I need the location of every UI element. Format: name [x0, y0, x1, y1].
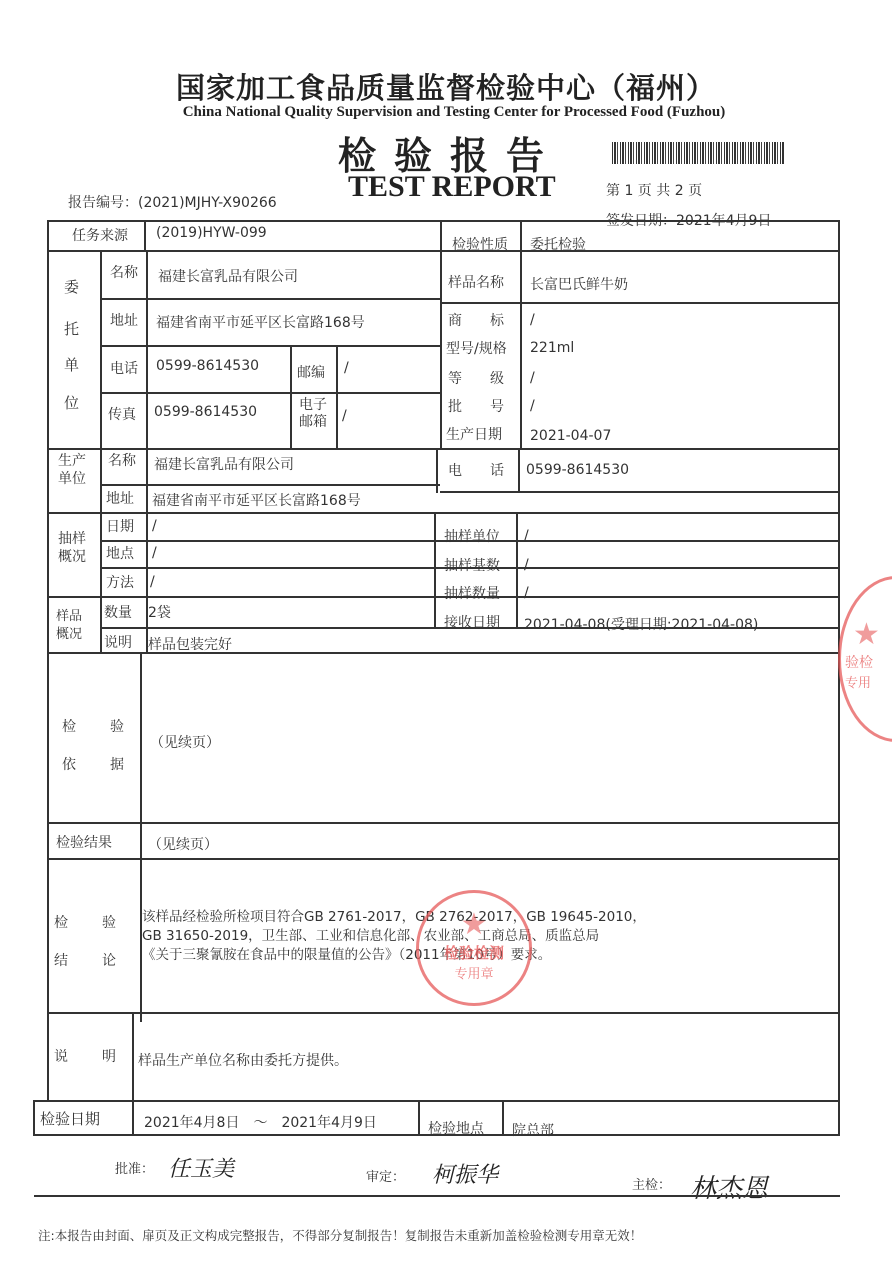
- client-group-label-4: 位: [64, 392, 79, 413]
- receive-date: 2021-04-08(受理日期:2021-04-08): [524, 614, 758, 634]
- sampling-qty: /: [524, 585, 529, 601]
- result-value: （见续页）: [148, 834, 218, 854]
- sampling-unit: /: [524, 528, 529, 544]
- client-zip: /: [344, 360, 349, 376]
- report-number: 报告编号：(2021)MJHY-X90266: [68, 192, 277, 212]
- sample-name: 长富巴氏鲜牛奶: [530, 274, 628, 294]
- report-no-label: 报告编号：: [68, 195, 138, 211]
- conclusion-line: 《关于三聚氰胺在食品中的限量值的公告》（2011年第10号）要求。: [142, 946, 646, 965]
- stamp-line-2: 专用章: [419, 963, 529, 982]
- brand: /: [530, 312, 535, 328]
- client-name-label: 名称: [110, 262, 138, 282]
- footer-divider: [34, 1195, 840, 1197]
- org-title-cn: 国家加工食品质量监督检验中心（福州）: [0, 66, 892, 107]
- client-group-label-2: 托: [64, 318, 79, 339]
- sampling-method: /: [150, 574, 155, 590]
- sample-desc-label: 说明: [104, 632, 132, 652]
- sampling-unit-label: 抽样单位: [444, 526, 500, 546]
- remarks-value: 样品生产单位名称由委托方提供。: [138, 1050, 348, 1070]
- test-nature-value: 委托检验: [530, 234, 586, 254]
- footer-note: 注:本报告由封面、扉页及正文构成完整报告，不得部分复制报告！复制报告未重新加盖检…: [38, 1226, 642, 1244]
- batch-label: 批 号: [448, 396, 504, 416]
- sampling-place-label: 地点: [106, 543, 134, 563]
- spec-label: 型号/规格: [446, 338, 507, 358]
- spec: 221ml: [530, 340, 574, 356]
- sample-name-label: 样品名称: [448, 272, 504, 292]
- page-info: 第 1 页 共 2 页: [606, 180, 702, 200]
- producer-name-label: 名称: [108, 450, 136, 470]
- sampling-place: /: [152, 545, 157, 561]
- client-phone-label: 电话: [110, 358, 138, 378]
- approve-label: 批准：: [115, 1158, 154, 1177]
- conclusion-line: GB 31650-2019，卫生部、工业和信息化部、农业部、工商总局、质监总局: [142, 927, 646, 946]
- sampling-date: /: [152, 518, 157, 534]
- review-label: 审定：: [366, 1166, 405, 1185]
- client-group-label-1: 委: [64, 276, 79, 297]
- task-source-label: 任务来源: [72, 225, 128, 245]
- client-zip-label: 邮编: [297, 362, 325, 382]
- chief-signature: 林杰恩: [690, 1168, 768, 1205]
- chief-label: 主检：: [632, 1174, 671, 1193]
- org-title-en: China National Quality Supervision and T…: [8, 104, 892, 121]
- grade-label: 等 级: [448, 368, 504, 388]
- sample-qty: 2袋: [148, 602, 171, 622]
- stamp-line-1: 检验检测: [419, 942, 529, 963]
- conclusion-text: 该样品经检验所检项目符合GB 2761-2017，GB 2762-2017，GB…: [142, 908, 646, 965]
- grade: /: [530, 370, 535, 386]
- sampling-group-label: 抽样概况: [58, 530, 96, 566]
- production-date: 2021-04-07: [530, 428, 611, 444]
- client-group-label-3: 单: [64, 354, 79, 375]
- client-name: 福建长富乳品有限公司: [158, 266, 298, 286]
- report-title-en: TEST REPORT: [348, 170, 556, 204]
- task-source-value: (2019)HYW-099: [156, 225, 267, 241]
- approve-signature: 任玉美: [168, 1152, 234, 1183]
- client-fax-label: 传真: [108, 404, 136, 424]
- brand-label: 商 标: [448, 310, 504, 330]
- edge-stamp-icon: ★ 验检 专用: [838, 576, 892, 742]
- test-place: 院总部: [512, 1120, 554, 1140]
- producer-name: 福建长富乳品有限公司: [154, 454, 294, 474]
- client-address: 福建省南平市延平区长富路168号: [156, 312, 365, 332]
- client-phone: 0599-8614530: [156, 358, 259, 374]
- sampling-base: /: [524, 557, 529, 573]
- client-fax: 0599-8614530: [154, 404, 257, 420]
- producer-address-label: 地址: [106, 488, 134, 508]
- producer-phone-label: 电 话: [448, 460, 504, 480]
- batch: /: [530, 398, 535, 414]
- test-date-label: 检验日期: [40, 1108, 100, 1129]
- test-place-label: 检验地点: [428, 1118, 484, 1138]
- sample-qty-label: 数量: [104, 602, 132, 622]
- test-date-value: 2021年4月8日 ～ 2021年4月9日: [144, 1112, 377, 1132]
- inspection-stamp-icon: ★ 检验检测 专用章: [416, 890, 532, 1006]
- sampling-qty-label: 抽样数量: [444, 583, 500, 603]
- sampling-method-label: 方法: [106, 572, 134, 592]
- remarks-label: 说 明: [54, 1046, 118, 1066]
- conclusion-label: 检 验 结 论: [54, 904, 124, 980]
- review-signature: 柯振华: [432, 1158, 498, 1189]
- basis-label: 检 验 依 据: [62, 708, 132, 784]
- sample-info-group-label: 样品概况: [56, 608, 94, 644]
- result-label: 检验结果: [56, 832, 112, 852]
- client-email: /: [342, 408, 347, 424]
- sampling-base-label: 抽样基数: [444, 555, 500, 575]
- sample-desc: 样品包装完好: [148, 634, 232, 654]
- receive-date-label: 接收日期: [444, 612, 500, 632]
- conclusion-line: 该样品经检验所检项目符合GB 2761-2017，GB 2762-2017，GB…: [142, 908, 646, 927]
- report-no-value: (2021)MJHY-X90266: [138, 195, 277, 211]
- production-date-label: 生产日期: [446, 424, 502, 444]
- client-address-label: 地址: [110, 310, 138, 330]
- sampling-date-label: 日期: [106, 516, 134, 536]
- producer-group-label: 生产单位: [58, 452, 96, 488]
- client-email-label: 电子邮箱: [298, 397, 328, 431]
- producer-phone: 0599-8614530: [526, 462, 629, 478]
- barcode-icon: [612, 142, 784, 164]
- producer-address: 福建省南平市延平区长富路168号: [152, 490, 361, 510]
- test-nature-label: 检验性质: [452, 234, 508, 254]
- basis-value: （见续页）: [150, 732, 220, 752]
